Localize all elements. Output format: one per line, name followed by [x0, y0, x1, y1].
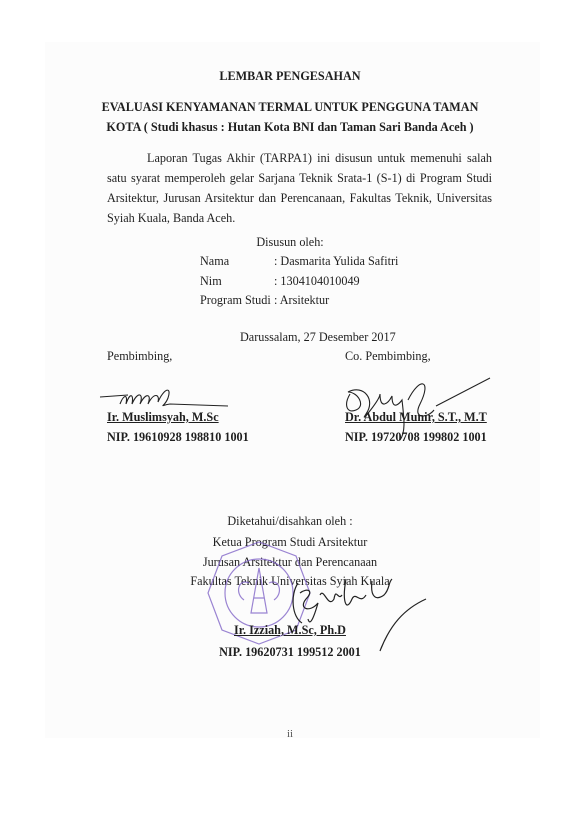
- place-date: Darussalam, 27 Desember 2017: [240, 331, 396, 343]
- author-program-label: Program Studi: [200, 294, 271, 306]
- title-line-2: KOTA ( Studi khasus : Hutan Kota BNI dan…: [0, 121, 580, 133]
- supervisor-nip: NIP. 19610928 198810 1001: [107, 431, 249, 443]
- purpose-paragraph-text: Laporan Tugas Akhir (TARPA1) ini disusun…: [107, 151, 492, 225]
- author-name-value: : Dasmarita Yulida Safitri: [274, 255, 398, 267]
- co-supervisor-role: Co. Pembimbing,: [345, 350, 431, 362]
- author-program-value: : Arsitektur: [274, 294, 329, 306]
- co-supervisor-name: Dr. Abdul Munir, S.T., M.T: [345, 411, 487, 423]
- author-nim-label: Nim: [200, 275, 222, 287]
- page-heading: LEMBAR PENGESAHAN: [0, 70, 580, 82]
- approval-nip: NIP. 19620731 199512 2001: [0, 646, 580, 658]
- title-line-1: EVALUASI KENYAMANAN TERMAL UNTUK PENGGUN…: [0, 101, 580, 113]
- approval-label: Diketahui/disahkan oleh :: [0, 515, 580, 527]
- supervisor-name: Ir. Muslimsyah, M.Sc: [107, 411, 219, 423]
- compiled-by-label: Disusun oleh:: [0, 236, 580, 248]
- supervisor-role: Pembimbing,: [107, 350, 172, 362]
- approval-name: Ir. Izziah, M.Sc, Ph.D: [0, 624, 580, 636]
- purpose-paragraph: Laporan Tugas Akhir (TARPA1) ini disusun…: [107, 148, 492, 228]
- co-supervisor-nip: NIP. 19720708 199802 1001: [345, 431, 487, 443]
- author-name-label: Nama: [200, 255, 229, 267]
- page-number: ii: [0, 729, 580, 740]
- author-nim-value: : 1304104010049: [274, 275, 360, 287]
